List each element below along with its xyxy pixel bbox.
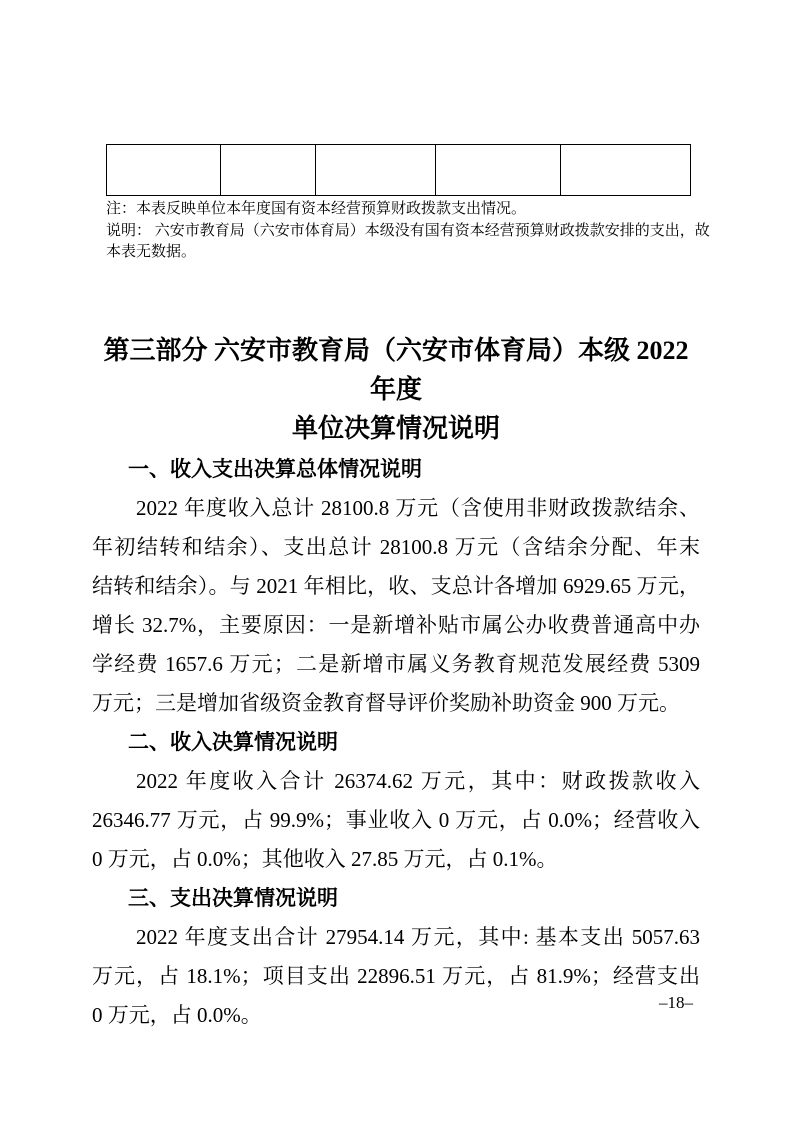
table-cell <box>107 145 221 196</box>
document-page: 注：本表反映单位本年度国有资本经营预算财政拨款支出情况。 说明： 六安市教育局（… <box>0 0 793 1122</box>
table-cell <box>316 145 436 196</box>
paragraph-line: 年初结转和结余）、支出总计 28100.8 万元（含结余分配、年末 <box>92 528 700 567</box>
section-title-1: 一、收入支出决算总体情况说明 <box>92 450 700 489</box>
table-explanation-line: 说明： 六安市教育局（六安市体育局）本级没有国有资本经营预算财政拨款安排的支出，… <box>106 221 706 243</box>
state-capital-budget-expense-table <box>106 144 691 196</box>
paragraph-line: 2022 年度收入合计 26374.62 万元，其中：财政拨款收入 <box>92 762 700 801</box>
part-heading-line-2: 单位决算情况说明 <box>92 409 700 448</box>
paragraph-line: 0 万元，占 0.0%；其他收入 27.85 万元，占 0.1%。 <box>92 840 700 879</box>
table-note: 注：本表反映单位本年度国有资本经营预算财政拨款支出情况。 <box>106 199 706 221</box>
paragraph-line: 结转和结余）。与 2021 年相比，收、支总计各增加 6929.65 万元， <box>92 567 700 606</box>
section-title-3: 三、支出决算情况说明 <box>92 879 700 918</box>
page-number: –18– <box>659 992 693 1014</box>
table-cell <box>221 145 316 196</box>
paragraph-line: 增长 32.7%，主要原因：一是新增补贴市属公办收费普通高中办 <box>92 606 700 645</box>
paragraph-line: 学经费 1657.6 万元；二是新增市属义务教育规范发展经费 5309 <box>92 645 700 684</box>
table-cell <box>561 145 691 196</box>
table-notes: 注：本表反映单位本年度国有资本经营预算财政拨款支出情况。 说明： 六安市教育局（… <box>106 199 706 264</box>
document-body: 第三部分 六安市教育局（六安市体育局）本级 2022 年度 单位决算情况说明 一… <box>92 331 700 1035</box>
table-row <box>107 145 691 196</box>
paragraph-line: 2022 年度收入总计 28100.8 万元（含使用非财政拨款结余、 <box>92 489 700 528</box>
paragraph-line: 2022 年度支出合计 27954.14 万元，其中: 基本支出 5057.63 <box>92 918 700 957</box>
paragraph-line: 万元；三是增加省级资金教育督导评价奖励补助资金 900 万元。 <box>92 684 700 723</box>
table-explanation-line: 本表无数据。 <box>106 242 706 264</box>
paragraph-line: 万元，占 18.1%；项目支出 22896.51 万元，占 81.9%；经营支出 <box>92 957 700 996</box>
paragraph-line: 0 万元，占 0.0%。 <box>92 996 700 1035</box>
table-cell <box>436 145 561 196</box>
section-title-2: 二、收入决算情况说明 <box>92 723 700 762</box>
part-heading-line-1: 第三部分 六安市教育局（六安市体育局）本级 2022 年度 <box>92 331 700 409</box>
paragraph-line: 26346.77 万元，占 99.9%；事业收入 0 万元，占 0.0%；经营收… <box>92 801 700 840</box>
